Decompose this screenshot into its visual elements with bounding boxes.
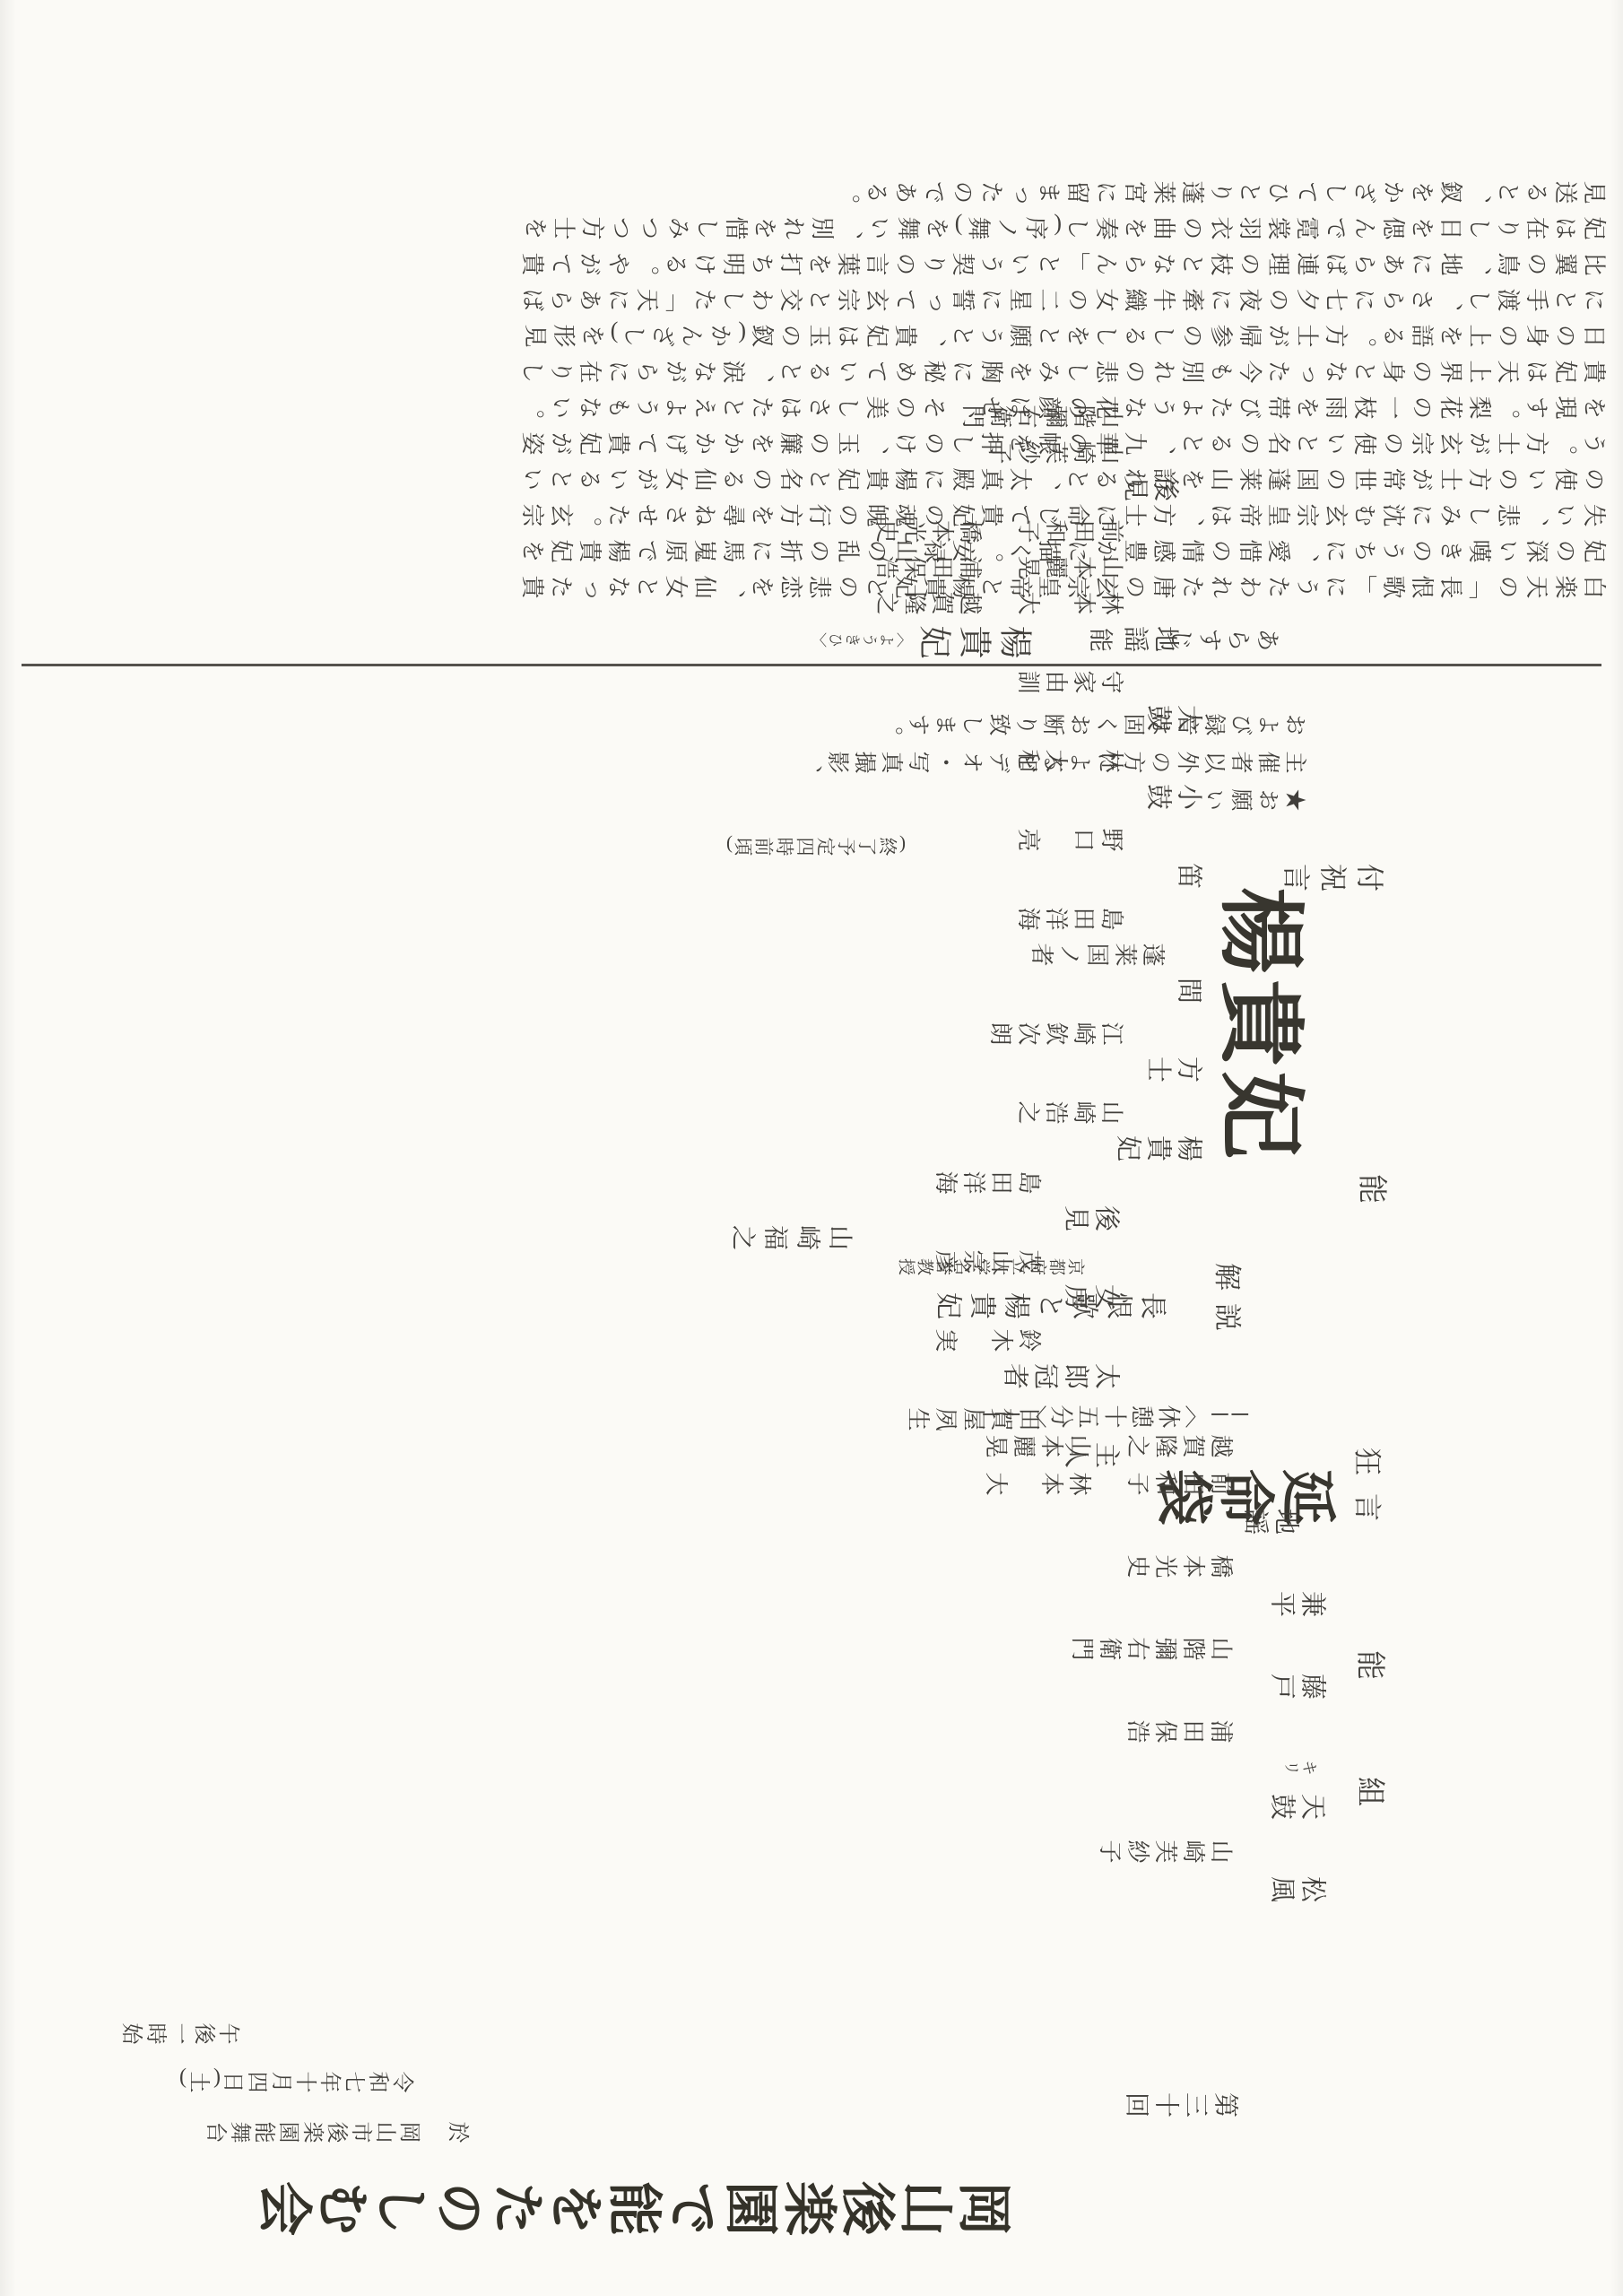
event-place: 於 岡山市後楽園能舞台	[183, 2106, 470, 2145]
shimai-title: 天鼓	[0, 1786, 1327, 1823]
koken-name: 山崎芙紗子	[11, 432, 1124, 468]
jiutai-singer: 山本麗晃	[1013, 552, 1124, 578]
shimai-item: 松風 山崎芙紗子	[0, 1831, 1327, 1906]
performer-name: 茂山宗彦	[90, 1241, 1042, 1277]
shimai-title: 松風	[0, 1868, 1327, 1906]
performer-name: 山崎浩之	[11, 1092, 1124, 1128]
shimai-performer: 山階彌右衛門	[0, 1628, 1234, 1665]
role-sub-label: 蓬莱国ノ者	[11, 935, 1166, 970]
koken-label: 後見	[11, 468, 1180, 504]
cast-pair-kotsuzumi: 小鼓 林 大和	[11, 741, 1203, 813]
kaisetsu-label: 解説	[1210, 1257, 1250, 1344]
shimai-block: 松風 山崎芙紗子 天鼓 キリ 浦田保浩 藤戸 山階彌右衛門 兼平 橋本光史 地謡…	[0, 1520, 1327, 1906]
shimai-item: 天鼓 キリ 浦田保浩	[0, 1710, 1327, 1823]
performer-name: 島田洋海	[11, 899, 1124, 935]
performer-name: 鈴木 実	[90, 1320, 1042, 1356]
cast-pair-fue: 笛 野口 亮	[11, 820, 1203, 891]
instrument-label: 小鼓	[11, 777, 1203, 813]
jiutai-column: 山本麗晃浦田保浩	[11, 547, 1124, 583]
performer-name: 野口 亮	[11, 820, 1124, 856]
jiutai-label: 地謡	[0, 1500, 1300, 1538]
cast-pair-otsuzumi: 大鼓 守家由訓	[11, 662, 1203, 734]
jiutai-singer: 浦田保浩	[872, 552, 983, 578]
scanned-noh-program-page: 白楽天の「長恨歌」にうたわれた唐の玄宗皇帝と楊貴妃との悲恋を、仙女となった貴妃の…	[0, 0, 1623, 2296]
noh-genre-label: 能	[1280, 1168, 1388, 1207]
role-label: 太郎冠者	[90, 1356, 1121, 1392]
shimai-title: 兼平	[0, 1583, 1327, 1621]
cast-pair: 太郎冠者 鈴木 実	[90, 1320, 1121, 1392]
cast-pair: 後見 島田洋海	[90, 1162, 1121, 1234]
shimai-item: 藤戸 山階彌右衛門	[0, 1628, 1327, 1703]
jiutai-singer: 越賀隆之	[1123, 1431, 1234, 1457]
jiutai-singer: 山本麗晃	[981, 1431, 1092, 1457]
shimai-title-sub: キリ	[0, 1748, 1318, 1786]
role-label: 楊貴妃	[11, 1128, 1203, 1164]
shimai-jiutai-group: 地謡 前田和子林本 大 越賀隆之山本麗晃	[0, 1425, 1327, 1538]
kyogen-genre-label: 狂言	[1350, 1457, 1390, 1539]
instrument-label: 笛	[11, 856, 1203, 891]
shimai-performer: 浦田保浩	[0, 1710, 1234, 1748]
jiutai-singer: 林本 大	[1013, 588, 1124, 614]
jiutai-singer: 橋本光史	[872, 517, 983, 543]
cast-pair: 女房 茂山宗彦	[90, 1241, 1121, 1313]
shimai-item: 兼平 橋本光史	[0, 1545, 1327, 1621]
jiutai-column: 前田和子林本 大	[0, 1463, 1234, 1500]
jiutai-singer: 前田和子	[1013, 517, 1124, 543]
performer-name: 守家由訓	[11, 662, 1124, 698]
performer-name: 林 大和	[11, 741, 1124, 777]
koken-name: 山階彌右衛門	[11, 396, 1124, 432]
program-heading-nougumi: 能組	[1351, 1724, 1393, 1903]
jiutai-column: 林本 大越賀隆之	[11, 583, 1124, 619]
jiutai-label: 地謡	[11, 619, 1180, 655]
instrument-label: 大鼓	[11, 698, 1203, 734]
event-number: 第三十回	[1087, 2079, 1239, 2120]
role-label: 方士	[11, 1049, 1203, 1085]
noh-cast-block: 楊貴妃 山崎浩之 方士 江崎欽次朗 間 蓬莱国ノ者 島田洋海 笛 野口 亮 小鼓…	[11, 895, 1203, 1164]
event-start-time: 午後一時始	[79, 2007, 240, 2047]
event-date: 令和七年十月四日(土)	[145, 2056, 414, 2095]
role-label: 間	[11, 970, 1203, 1006]
noh-big-title: 楊貴妃	[1205, 890, 1331, 1164]
jiutai-singer: 越賀隆之	[872, 588, 983, 614]
role-label: 後見	[90, 1198, 1121, 1234]
noh-koken-group: 後見 山崎芙紗子 山階彌右衛門	[11, 396, 1203, 504]
shimai-performer: 橋本光史	[0, 1545, 1234, 1583]
performer-name: 島田洋海	[90, 1162, 1042, 1198]
cast-pair-ai: 間 蓬莱国ノ者 島田洋海	[11, 899, 1203, 1006]
event-big-title: 岡山後楽園で能をたのしむ会	[224, 2170, 1013, 2242]
jiutai-singer: 林本 大	[981, 1469, 1092, 1495]
landscape-page: 白楽天の「長恨歌」にうたわれた唐の玄宗皇帝と楊貴妃との悲恋を、仙女となった貴妃の…	[0, 0, 1623, 2296]
noh-jiutai-group: 地謡 林本 大越賀隆之 山本麗晃浦田保浩 前田和子橋本光史	[11, 511, 1203, 655]
shimai-title: 藤戸	[0, 1665, 1327, 1703]
jiutai-column: 越賀隆之山本麗晃	[0, 1425, 1234, 1463]
cast-pair-shite: 楊貴妃 山崎浩之	[11, 1092, 1203, 1164]
shimai-performer: 山崎芙紗子	[0, 1831, 1234, 1868]
role-label: 女房	[90, 1277, 1121, 1313]
jiutai-singer: 前田和子	[1123, 1469, 1234, 1495]
jiutai-column: 前田和子橋本光史	[11, 511, 1124, 547]
performer-name: 江崎欽次朗	[11, 1013, 1124, 1049]
cast-pair-waki: 方士 江崎欽次朗	[11, 1013, 1203, 1085]
